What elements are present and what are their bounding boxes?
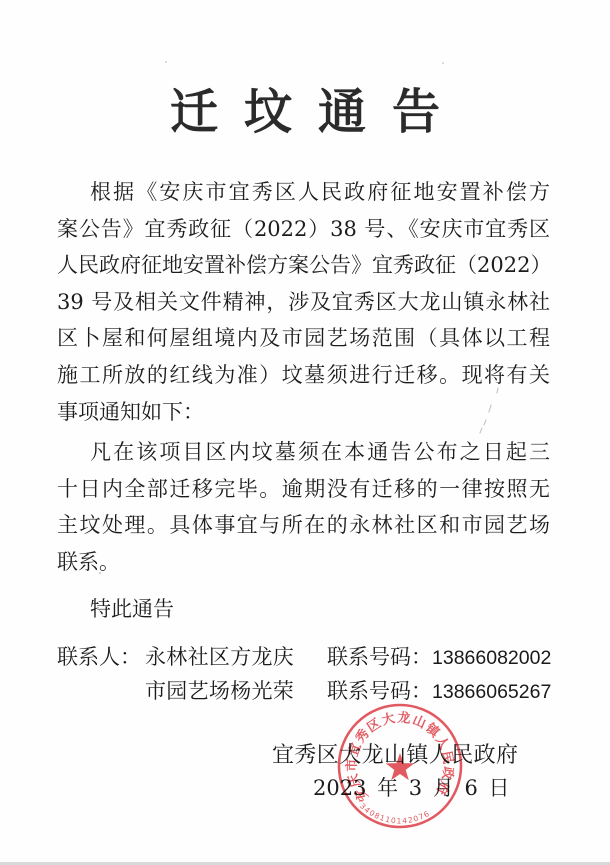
notice-page: 迁坟通告 根据《安庆市宜秀区人民政府征地安置补偿方 案公告》宜秀政征（2022）… <box>0 0 610 865</box>
paragraph-line: 凡在该项目区内坟墓须在本通告公布之日起三 <box>57 434 550 471</box>
paragraph-line: 施工所放的红线为准）坟墓须进行迁移。现将有关 <box>57 357 550 394</box>
issue-date: 2023 年 3 月 6 日 <box>313 772 510 804</box>
body-paragraph-1: 根据《安庆市宜秀区人民政府征地安置补偿方 案公告》宜秀政征（2022）38 号、… <box>57 174 550 430</box>
paragraph-line: 主坟处理。具体事宜与所在的永林社区和市园艺场 <box>57 507 550 544</box>
closing-remark: 特此通告 <box>90 591 174 628</box>
paragraph-line: 联系。 <box>57 544 550 581</box>
contact-phone: 联系号码：13866082002 <box>327 640 551 675</box>
contact-row: 市园艺场杨光荣 联系号码：13866065267 <box>0 674 610 708</box>
contact-row: 联系人： 永林社区方龙庆 联系号码：13866082002 <box>0 640 610 674</box>
paragraph-line: 区卜屋和何屋组境内及市园艺场范围（具体以工程 <box>57 320 550 357</box>
seal-code-text: 3408110142076 <box>358 801 431 825</box>
phone-label: 联系号码： <box>327 679 432 703</box>
contact-label: 联系人： <box>57 640 141 674</box>
phone-number: 13866065267 <box>432 681 551 703</box>
seal-code-textpath: 3408110142076 <box>358 801 431 825</box>
paragraph-line: 根据《安庆市宜秀区人民政府征地安置补偿方 <box>57 174 550 211</box>
paragraph-line: 人民政府征地安置补偿方案公告》宜秀政征（2022） <box>57 247 550 284</box>
notice-title: 迁坟通告 <box>170 87 466 137</box>
phone-number: 13866082002 <box>432 647 551 669</box>
body-paragraph-2: 凡在该项目区内坟墓须在本通告公布之日起三 十日内全部迁移完毕。逾期没有迁移的一律… <box>57 434 550 580</box>
paragraph-line: 事项通知如下： <box>57 394 550 431</box>
paragraph-line: 39 号及相关文件精神，涉及宜秀区大龙山镇永林社 <box>57 284 550 321</box>
contact-name: 永林社区方龙庆 <box>145 640 294 674</box>
contact-name: 市园艺场杨光荣 <box>145 674 294 708</box>
contact-phone: 联系号码：13866065267 <box>327 674 551 709</box>
phone-label: 联系号码： <box>327 645 432 669</box>
issuer-name: 宜秀区大龙山镇人民政府 <box>272 740 518 772</box>
paragraph-line: 案公告》宜秀政征（2022）38 号、《安庆市宜秀区 <box>57 211 550 248</box>
paragraph-line: 十日内全部迁移完毕。逾期没有迁移的一律按照无 <box>57 471 550 508</box>
